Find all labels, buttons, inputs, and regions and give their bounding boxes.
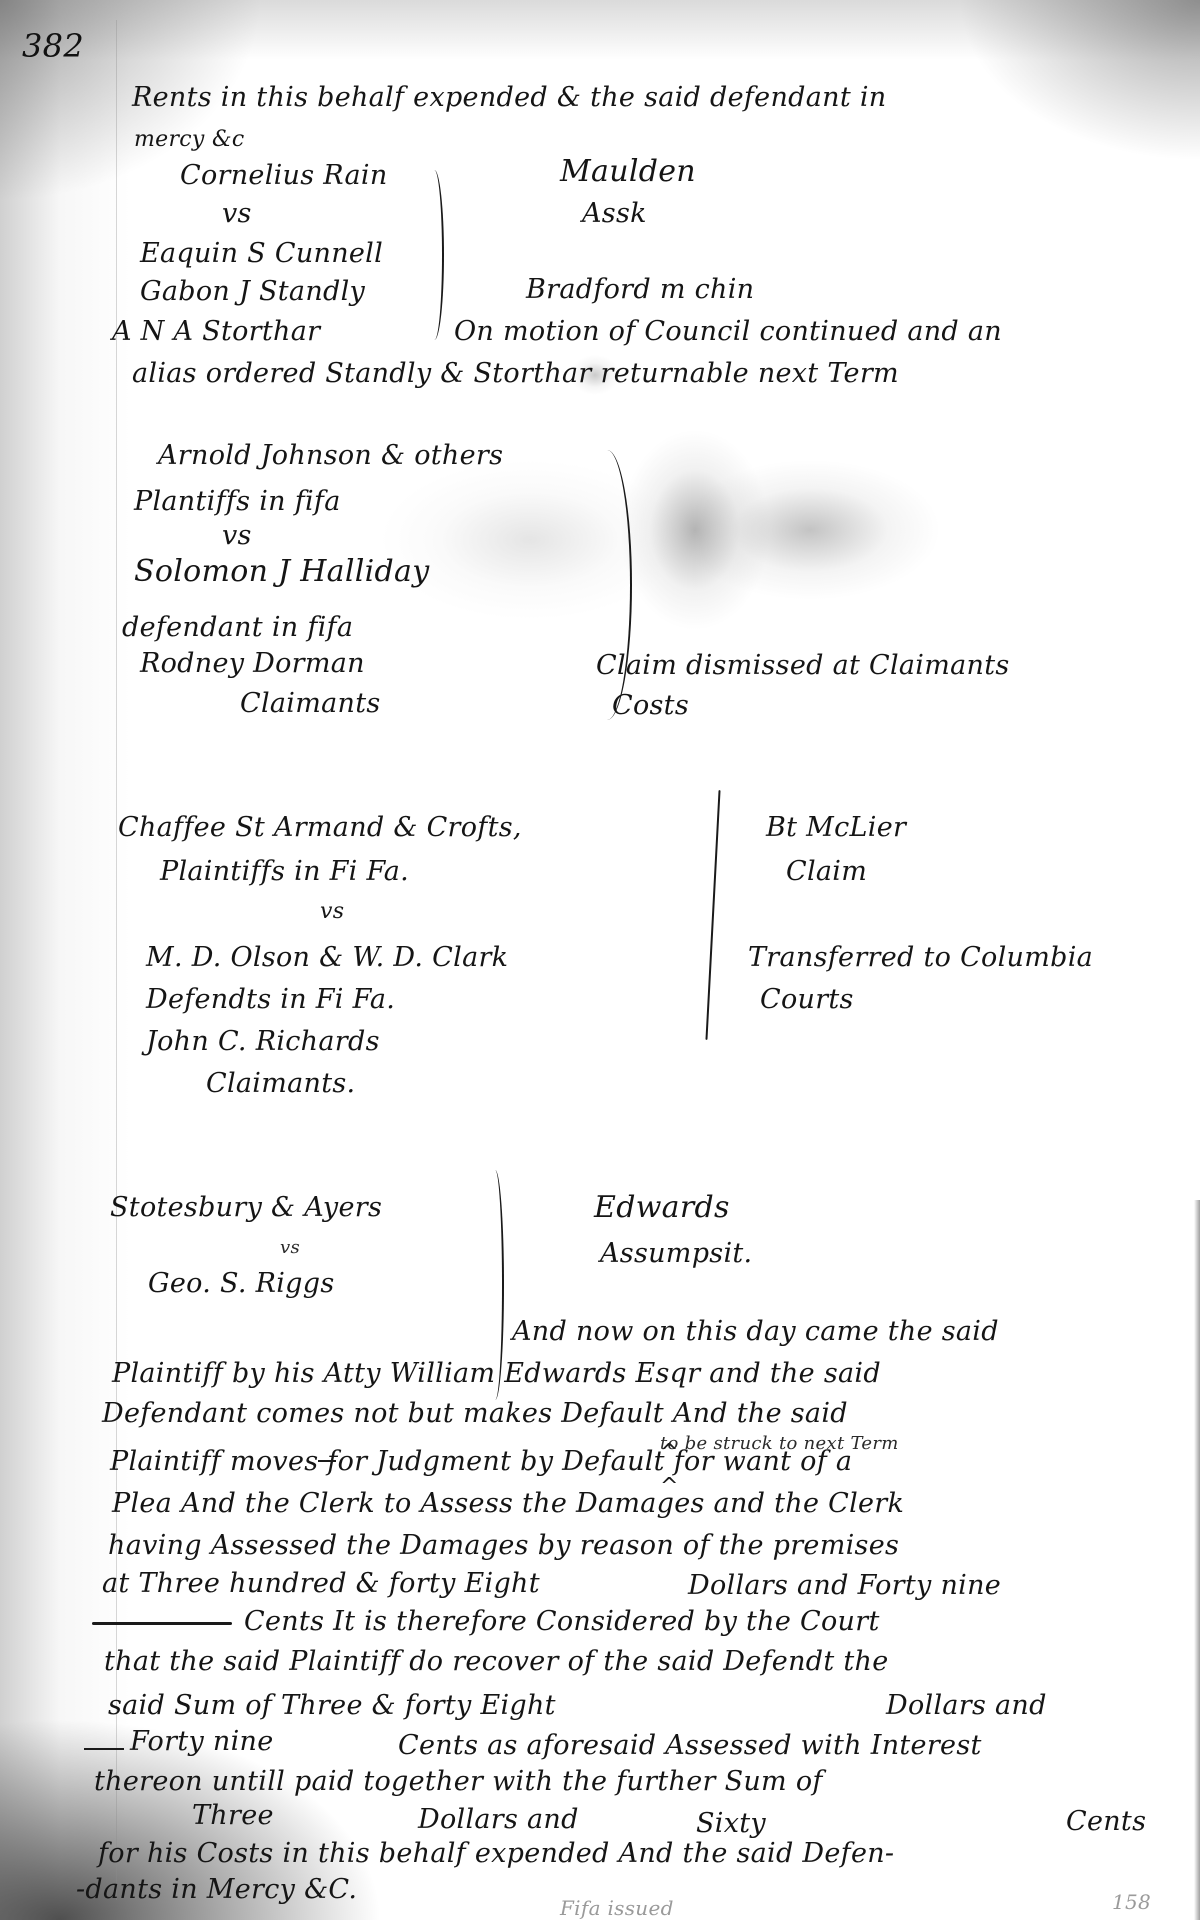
case2-claimant-role: Claimants	[240, 688, 381, 720]
case4-body-line-13: Forty nine	[130, 1726, 274, 1758]
case4-body-line-18: Sixty	[696, 1808, 766, 1840]
case3-defendants-role: Defendts in Fi Fa.	[146, 984, 395, 1016]
case1-ruling-line-1: On motion of Council continued and an	[454, 316, 1002, 348]
case4-body-line-2: Plaintiff by his Atty William Edwards Es…	[112, 1358, 881, 1390]
footer-faint-number: 158	[1112, 1886, 1151, 1918]
case3-type: Claim	[786, 856, 867, 888]
footer-faint-note: Fifa issued	[560, 1892, 674, 1920]
case1-brace	[420, 170, 444, 340]
ledger-page: 382 Rents in this behalf expended & the …	[0, 0, 1200, 1920]
case2-defendant-role: defendant in fifa	[122, 612, 353, 644]
case1-defendant-3: A N A Storthar	[112, 316, 320, 348]
case4-body-line-3: Defendant comes not but makes Default An…	[102, 1398, 848, 1430]
ink-stain	[680, 460, 940, 600]
case4-body-line-9: Cents It is therefore Considered by the …	[244, 1606, 880, 1638]
case4-type: Assumpsit.	[600, 1238, 752, 1270]
case1-defendant-2: Gabon J Standly	[140, 276, 365, 308]
case4-attorney: Edwards	[594, 1192, 730, 1224]
case1-attorney-2: Assk	[582, 198, 647, 230]
case3-vs: vs	[320, 896, 344, 928]
case4-body-line-8: Dollars and Forty nine	[688, 1570, 1001, 1602]
case3-claimant-role: Claimants.	[206, 1068, 355, 1100]
case4-body-line-21: -dants in Mercy &C.	[76, 1874, 357, 1906]
case4-plaintiffs: Stotesbury & Ayers	[110, 1192, 382, 1224]
case4-body-line-14: Cents as aforesaid Assessed with Interes…	[398, 1730, 982, 1762]
case3-attorney: Bt McLier	[766, 812, 906, 844]
case4-body-line-10: that the said Plaintiff do recover of th…	[104, 1646, 889, 1678]
page-edge-shadow	[1194, 1200, 1200, 1920]
case4-body-line-7: at Three hundred & forty Eight	[102, 1568, 540, 1600]
page-number: 382	[22, 30, 84, 62]
case3-bracket	[705, 790, 720, 1040]
case2-ruling-line-1: Claim dismissed at Claimants	[596, 650, 1010, 682]
case2-ruling-line-2: Costs	[612, 690, 689, 722]
case1-plaintiff: Cornelius Rain	[180, 160, 388, 192]
continuation-line-2: mercy &c	[134, 124, 244, 156]
case3-ruling-line-2: Courts	[760, 984, 854, 1016]
case4-body-line-1: And now on this day came the said	[512, 1316, 999, 1348]
case3-plaintiffs: Chaffee St Armand & Crofts,	[118, 812, 522, 844]
ink-stain	[380, 460, 680, 620]
strikethrough-mark	[318, 1460, 336, 1462]
case3-claimant: John C. Richards	[146, 1026, 380, 1058]
case1-attorney-3: Bradford m chin	[526, 274, 754, 306]
case2-plaintiffs: Arnold Johnson & others	[158, 440, 503, 472]
continuation-line-1: Rents in this behalf expended & the said…	[132, 82, 886, 114]
case4-body-line-12: Dollars and	[886, 1690, 1047, 1722]
case4-body-line-15: thereon untill paid together with the fu…	[94, 1766, 823, 1798]
case4-vs: vs	[280, 1232, 300, 1264]
case2-defendant: Solomon J Halliday	[134, 556, 429, 588]
line-filler-dash	[92, 1622, 232, 1625]
case2-plaintiffs-role: Plantiffs in fifa	[134, 486, 341, 518]
case4-body-line-4: Plaintiff moves for Judgment by Default …	[110, 1446, 852, 1478]
margin-rule	[116, 20, 117, 1900]
case1-attorney-1: Maulden	[560, 156, 696, 188]
case3-defendants: M. D. Olson & W. D. Clark	[146, 942, 508, 974]
case3-plaintiffs-role: Plaintiffs in Fi Fa.	[160, 856, 409, 888]
case2-vs: vs	[222, 520, 252, 552]
case1-vs: vs	[222, 198, 252, 230]
case4-body-line-20: for his Costs in this behalf expended An…	[98, 1838, 894, 1870]
case4-body-line-16: Three	[192, 1800, 274, 1832]
case4-body-line-19: Cents	[1066, 1806, 1146, 1838]
case1-defendant-1: Eaquin S Cunnell	[140, 238, 383, 270]
case4-defendant: Geo. S. Riggs	[148, 1268, 334, 1300]
case3-ruling-line-1: Transferred to Columbia	[748, 942, 1093, 974]
case4-body-line-5: Plea And the Clerk to Assess the Damages…	[112, 1488, 904, 1520]
case4-body-line-11: said Sum of Three & forty Eight	[108, 1690, 556, 1722]
case4-body-line-6: having Assessed the Damages by reason of…	[108, 1530, 899, 1562]
case4-body-line-17: Dollars and	[418, 1804, 579, 1836]
case1-ruling-line-2: alias ordered Standly & Storthar returna…	[132, 358, 899, 390]
case2-claimant: Rodney Dorman	[140, 648, 365, 680]
margin-dash	[84, 1748, 124, 1750]
